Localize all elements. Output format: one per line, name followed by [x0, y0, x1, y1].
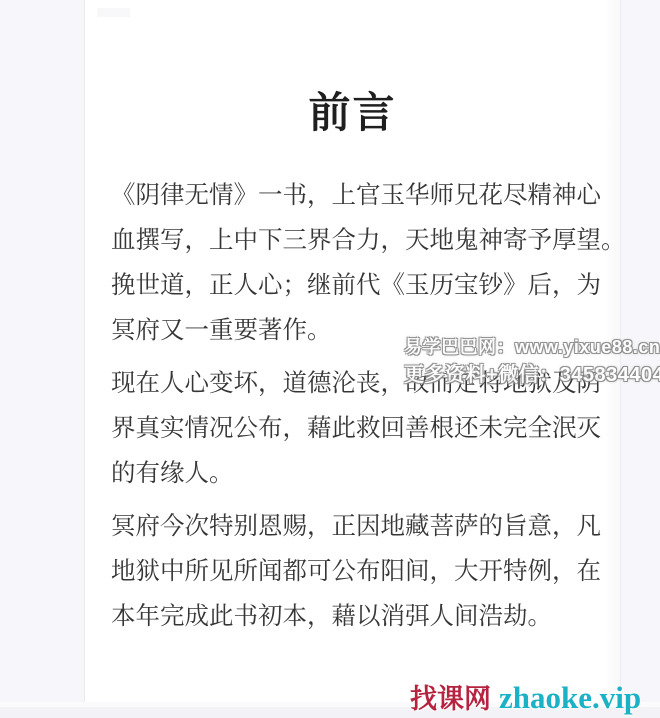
- reader-background: 前言 《阴律无情》一书，上官玉华师兄花尽精神心 血撰写，上中下三界合力，天地鬼神…: [0, 0, 660, 718]
- text-line: 血撰写，上中下三界合力，天地鬼神寄予厚望。: [111, 218, 620, 263]
- paragraph: 现在人心变坏，道德沦丧，故而定将地狱及阴 界真实情况公布，藉此救回善根还未完全泯…: [111, 361, 620, 496]
- text-line: 《阴律无情》一书，上官玉华师兄花尽精神心: [111, 173, 620, 218]
- body-text: 《阴律无情》一书，上官玉华师兄花尽精神心 血撰写，上中下三界合力，天地鬼神寄予厚…: [85, 173, 620, 639]
- book-page: 前言 《阴律无情》一书，上官玉华师兄花尽精神心 血撰写，上中下三界合力，天地鬼神…: [84, 0, 621, 702]
- page-title: 前言: [85, 85, 620, 141]
- paragraph: 冥府今次特别恩赐，正因地藏菩萨的旨意，凡 地狱中所见所闻都可公布阳间，大开特例，…: [111, 504, 620, 639]
- bottom-band-gray: [0, 707, 660, 718]
- text-line: 的有缘人。: [111, 451, 620, 496]
- text-line: 冥府又一重要著作。: [111, 308, 620, 353]
- page-top-artifact: [97, 8, 130, 17]
- text-line: 冥府今次特别恩赐，正因地藏菩萨的旨意，凡: [111, 504, 620, 549]
- text-line: 地狱中所见所闻都可公布阳间，大开特例，在: [111, 549, 620, 594]
- paragraph: 《阴律无情》一书，上官玉华师兄花尽精神心 血撰写，上中下三界合力，天地鬼神寄予厚…: [111, 173, 620, 353]
- text-line: 本年完成此书初本，藉以消弭人间浩劫。: [111, 594, 620, 639]
- text-line: 挽世道，正人心；继前代《玉历宝钞》后，为: [111, 263, 620, 308]
- text-line: 现在人心变坏，道德沦丧，故而定将地狱及阴: [111, 361, 620, 406]
- text-line: 界真实情况公布，藉此救回善根还未完全泯灭: [111, 406, 620, 451]
